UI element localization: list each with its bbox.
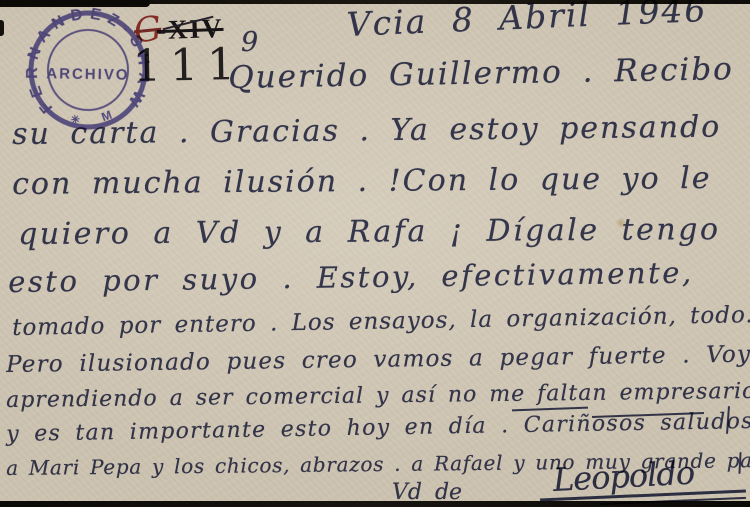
handwritten-line: con mucha ilusión . !Con lo que yo le — [12, 161, 712, 202]
page-mark: 9 — [241, 27, 258, 58]
paper-stain — [615, 218, 627, 228]
stamp-center-text: ARCHIVO — [46, 65, 129, 83]
scan-edge-left-mark — [0, 20, 4, 36]
handwritten-line: su carta . Gracias . Ya estoy pensando — [12, 110, 721, 152]
postcard-scan: FERNANDEZ-SHAW ARCHIVO ✳ M G -XIV 111 Vc… — [0, 0, 750, 507]
closing-line: Vd de — [392, 480, 462, 505]
handwritten-line: quiero a Vd y a Rafa ¡ Dígale tengo — [18, 212, 721, 252]
